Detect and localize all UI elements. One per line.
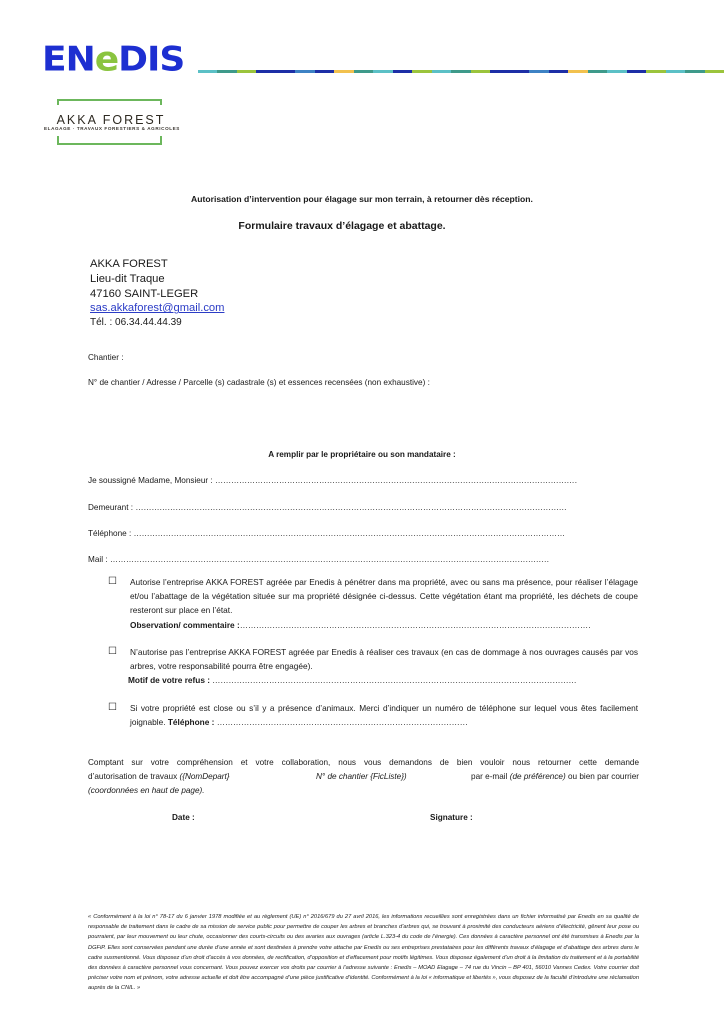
field-demeurant[interactable]: Demeurant : ……………………………………………………………………………	[88, 503, 576, 512]
field-telephone-input[interactable]: ……………………………………………………………………………………………………………	[134, 529, 565, 538]
field-soussigne-input[interactable]: ……………………………………………………………………………………………………………	[215, 476, 578, 485]
option-closed-property: Si votre propriété est close ou s’il y a…	[130, 701, 638, 729]
refusal-reason-input[interactable]: ……………………………………………………………………………………………………………	[210, 675, 576, 685]
enedis-logo-dis: DIS	[118, 40, 184, 79]
option-refuse-text: N’autorise pas l’entreprise AKKA FOREST …	[130, 645, 638, 673]
observation-input[interactable]: ……………………………………………………………………………………………………………	[240, 620, 590, 630]
checkbox-closed-property[interactable]: ☐	[108, 703, 117, 713]
field-soussigne-label: Je soussigné Madame, Monsieur :	[88, 476, 213, 485]
closing-line-2: d’autorisation de travaux ({NomDepart} N…	[88, 770, 639, 784]
refusal-reason-label: Motif de votre refus :	[128, 675, 210, 685]
company-email-link[interactable]: sas.akkaforest@gmail.com	[90, 302, 224, 314]
decorative-color-line	[198, 70, 724, 73]
company-name: AKKA FOREST	[90, 257, 224, 272]
closing-line-1: Comptant sur votre compréhension et votr…	[88, 756, 639, 770]
enedis-logo-en: EN	[42, 40, 95, 79]
closing-line-2-text: d’autorisation de travaux	[88, 772, 179, 781]
company-street: Lieu-dit Traque	[90, 272, 224, 287]
field-mail-input[interactable]: ……………………………………………………………………………………………………………	[110, 555, 549, 564]
closed-property-phone-label: Téléphone :	[168, 717, 215, 727]
akka-forest-logo-tagline: ELAGAGE · TRAVAUX FORESTIERS & AGRICOLES	[32, 126, 192, 131]
document-subtitle: Autorisation d’intervention pour élagage…	[0, 194, 724, 204]
refusal-reason-field[interactable]: Motif de votre refus : ………………………………………………	[128, 673, 576, 687]
option-authorize-text: Autorise l’entreprise AKKA FOREST agréée…	[130, 575, 638, 618]
placeholder-fic-liste: N° de chantier {FicListe})	[316, 770, 407, 784]
enedis-logo: ENeDIS	[42, 43, 184, 77]
akka-forest-logo-name: AKKA FOREST	[54, 113, 168, 127]
date-label: Date :	[172, 813, 195, 822]
field-mail[interactable]: Mail : …………………………………………………………………………………………	[88, 555, 576, 564]
closing-paragraph: Comptant sur votre compréhension et votr…	[88, 756, 639, 799]
enedis-logo-e: e	[95, 40, 118, 79]
checkbox-authorize[interactable]: ☐	[108, 577, 117, 587]
legal-notice: « Conformément à la loi n° 78-17 du 6 ja…	[88, 912, 639, 994]
closing-line-2-end: par e-mail (de préférence) ou bien par c…	[471, 770, 639, 784]
option-authorize: Autorise l’entreprise AKKA FOREST agréée…	[130, 575, 638, 632]
company-city: 47160 SAINT-LEGER	[90, 287, 224, 302]
company-address-block: AKKA FOREST Lieu-dit Traque 47160 SAINT-…	[90, 257, 224, 331]
closed-property-phone-input[interactable]: …………………………………………………………………………………	[217, 717, 468, 727]
field-demeurant-input[interactable]: ……………………………………………………………………………………………………………	[135, 503, 566, 512]
owner-section-heading: A remplir par le propriétaire ou son man…	[0, 450, 724, 459]
checkbox-refuse[interactable]: ☐	[108, 647, 117, 657]
company-phone: Tél. : 06.34.44.44.39	[90, 316, 224, 331]
chantier-label: Chantier :	[88, 353, 124, 362]
field-soussigne[interactable]: Je soussigné Madame, Monsieur : ………………………	[88, 476, 578, 485]
observation-field[interactable]: Observation/ commentaire :………………………………………	[130, 618, 590, 632]
document-title: Formulaire travaux d’élagage et abattage…	[0, 220, 684, 232]
observation-label: Observation/ commentaire :	[130, 620, 240, 630]
signature-label: Signature :	[430, 813, 473, 822]
closing-line-3: (coordonnées en haut de page).	[88, 784, 639, 798]
field-telephone-label: Téléphone :	[88, 529, 131, 538]
field-telephone[interactable]: Téléphone : ……………………………………………………………………………	[88, 529, 576, 538]
placeholder-nom-depart: ({NomDepart}	[179, 772, 229, 781]
chantier-details-label: N° de chantier / Adresse / Parcelle (s) …	[88, 378, 430, 387]
field-demeurant-label: Demeurant :	[88, 503, 133, 512]
option-refuse: N’autorise pas l’entreprise AKKA FOREST …	[130, 645, 638, 688]
field-mail-label: Mail :	[88, 555, 108, 564]
